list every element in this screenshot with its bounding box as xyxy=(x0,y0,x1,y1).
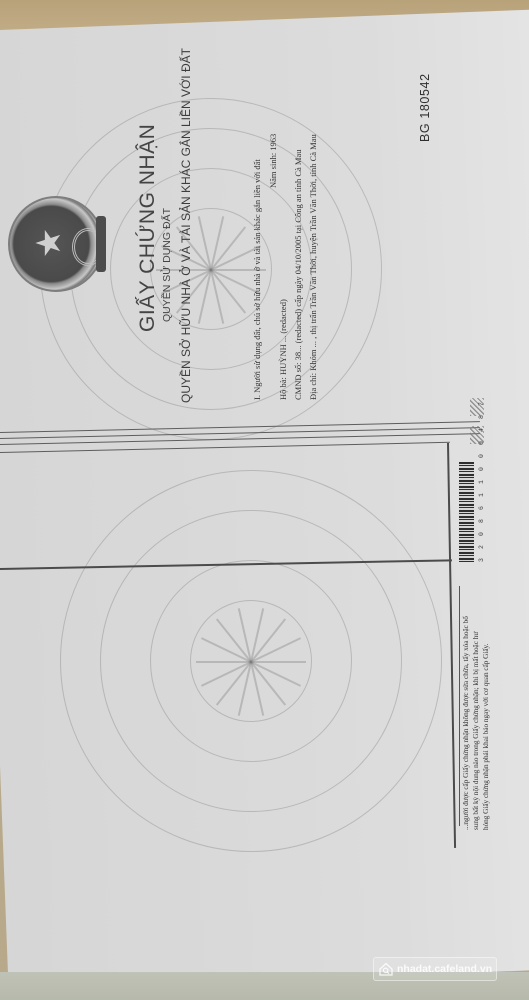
drum-ray xyxy=(201,637,251,663)
notes-rule xyxy=(459,586,460,826)
drum-ray xyxy=(201,661,251,687)
serial-number: BG 180542 xyxy=(418,73,432,142)
bronze-drum-watermark-star xyxy=(190,600,312,722)
owner-section-heading: I. Người sử dụng đất, chủ sở hữu nhà ở v… xyxy=(252,159,262,400)
owner-id-number: CMND số: 38... (redacted) cấp ngày 04/10… xyxy=(293,150,303,400)
drum-ray xyxy=(251,661,306,663)
note-line: sung bất kỳ nội dung nào trong Giấy chứn… xyxy=(472,632,480,830)
owner-name: Hộ bà: HUỲNH ... (redacted) xyxy=(278,299,288,400)
owner-birth-year: Năm sinh: 1963 xyxy=(268,134,278,188)
ribbon-icon xyxy=(96,216,106,272)
star-icon: ★ xyxy=(32,228,66,258)
owner-address: Địa chỉ: Khóm ... , thị trấn Trần Văn Th… xyxy=(308,134,318,400)
watermark-text: nhadat.cafeland.vn xyxy=(397,963,492,975)
barcode xyxy=(459,462,474,562)
certificate-subtitle-land: QUYỀN SỬ DỤNG ĐẤT xyxy=(161,208,173,322)
house-search-icon xyxy=(379,962,393,976)
note-line: hỏng Giấy chứng nhận phải khai báo ngay … xyxy=(482,644,490,830)
site-watermark: nhadat.cafeland.vn xyxy=(373,957,497,981)
national-emblem-icon: ★ xyxy=(8,196,104,292)
drum-ray xyxy=(196,661,251,663)
barcode-digits: 3 2 0 8 6 1 1 0 0 0 4 8 7 xyxy=(478,399,485,562)
note-line: ...người được cấp Giấy chứng nhận không … xyxy=(462,616,470,830)
certificate-subtitle-house: QUYỀN SỞ HỮU NHÀ Ở VÀ TÀI SẢN KHÁC GẮN L… xyxy=(179,48,193,403)
drum-ray xyxy=(251,661,301,687)
certificate-title: GIẤY CHỨNG NHẬN xyxy=(136,124,160,332)
